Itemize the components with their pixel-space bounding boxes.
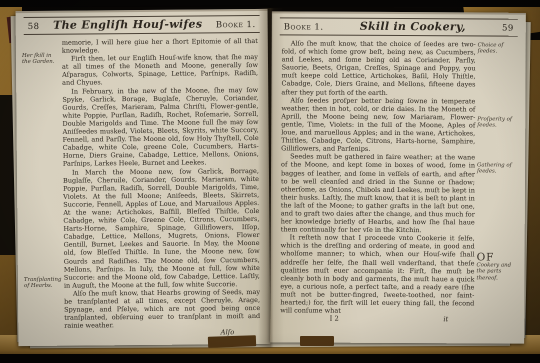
margin-note-of-text: Cookery and the parts thereof. <box>476 262 511 281</box>
paragraph: Alſo ſhe muſt know, that the choice of ſ… <box>281 39 475 97</box>
photo-border-top <box>0 0 540 7</box>
photo-border-bottom <box>0 354 540 363</box>
margin-note-of-lead: OF <box>477 252 521 262</box>
right-page-header: Booke 1. Skill in Cookery, 59 <box>280 17 518 36</box>
right-book-label: Booke 1. <box>284 22 324 32</box>
paragraph: In March the Moone new, ſow Garlick, Bor… <box>63 166 260 289</box>
signature-mark: I 2 <box>280 315 388 325</box>
book-photo: 58 The Engliſh Houſ-wifes Booke 1. Her ſ… <box>0 0 540 363</box>
paragraph: It reſteth now that I proceede vnto Cook… <box>280 234 474 316</box>
page-top-crease <box>272 11 526 14</box>
catchword: it <box>388 315 474 324</box>
margin-note-prosperity-of-seedes: Proſperity of ſeedes. <box>477 116 521 129</box>
left-page-body: memorie, I will here giue her a ſhort Ep… <box>62 37 261 339</box>
margin-note-garden: Her ſkill in the Garden. <box>22 53 58 66</box>
paragraph: Firſt then, let our Engliſh Houſ-wife kn… <box>62 53 258 87</box>
margin-note-of-cookery: OF Cookery and the parts thereof. <box>476 252 520 281</box>
page-top-crease <box>16 9 268 13</box>
spacer <box>64 329 174 339</box>
paragraph: Seedes muſt be gathered in faire weather… <box>281 153 475 235</box>
left-page-header: 58 The Engliſh Houſ-wifes Booke 1. <box>24 15 260 35</box>
left-book-label: Booke 1. <box>216 20 256 30</box>
paragraph: In February, in the new of the Moone, ſh… <box>62 86 259 169</box>
left-running-title: The Engliſh Houſ-wifes <box>53 17 202 31</box>
margin-note-choice-of-seedes: Choice of ſeedes. <box>478 42 522 55</box>
right-page-body: Alſo ſhe muſt know, that the choice of ſ… <box>280 39 475 324</box>
right-page: Booke 1. Skill in Cookery, 59 Choice of … <box>270 11 526 343</box>
left-page-number: 58 <box>28 22 40 32</box>
right-catchword-line: I 2 it <box>280 315 474 325</box>
paragraph: Alſo ſeedes proſper better being ſowne i… <box>281 96 475 154</box>
left-page: 58 The Engliſh Houſ-wifes Booke 1. Her ſ… <box>16 9 271 346</box>
paragraph: memorie, I will here giue her a ſhort Ep… <box>62 37 258 55</box>
right-running-title: Skill in Cookery, <box>360 20 466 34</box>
margin-note-gathering-of-seedes: Gathering of ſeedes. <box>477 162 521 175</box>
paragraph: Alſo ſhe muſt know, that Hearbs growing … <box>64 288 260 330</box>
margin-note-transplanting: Tranſplanting of Hearbs. <box>24 277 60 290</box>
binding-tab <box>300 336 334 346</box>
binding-tab <box>208 335 256 348</box>
right-page-number: 59 <box>502 24 514 34</box>
